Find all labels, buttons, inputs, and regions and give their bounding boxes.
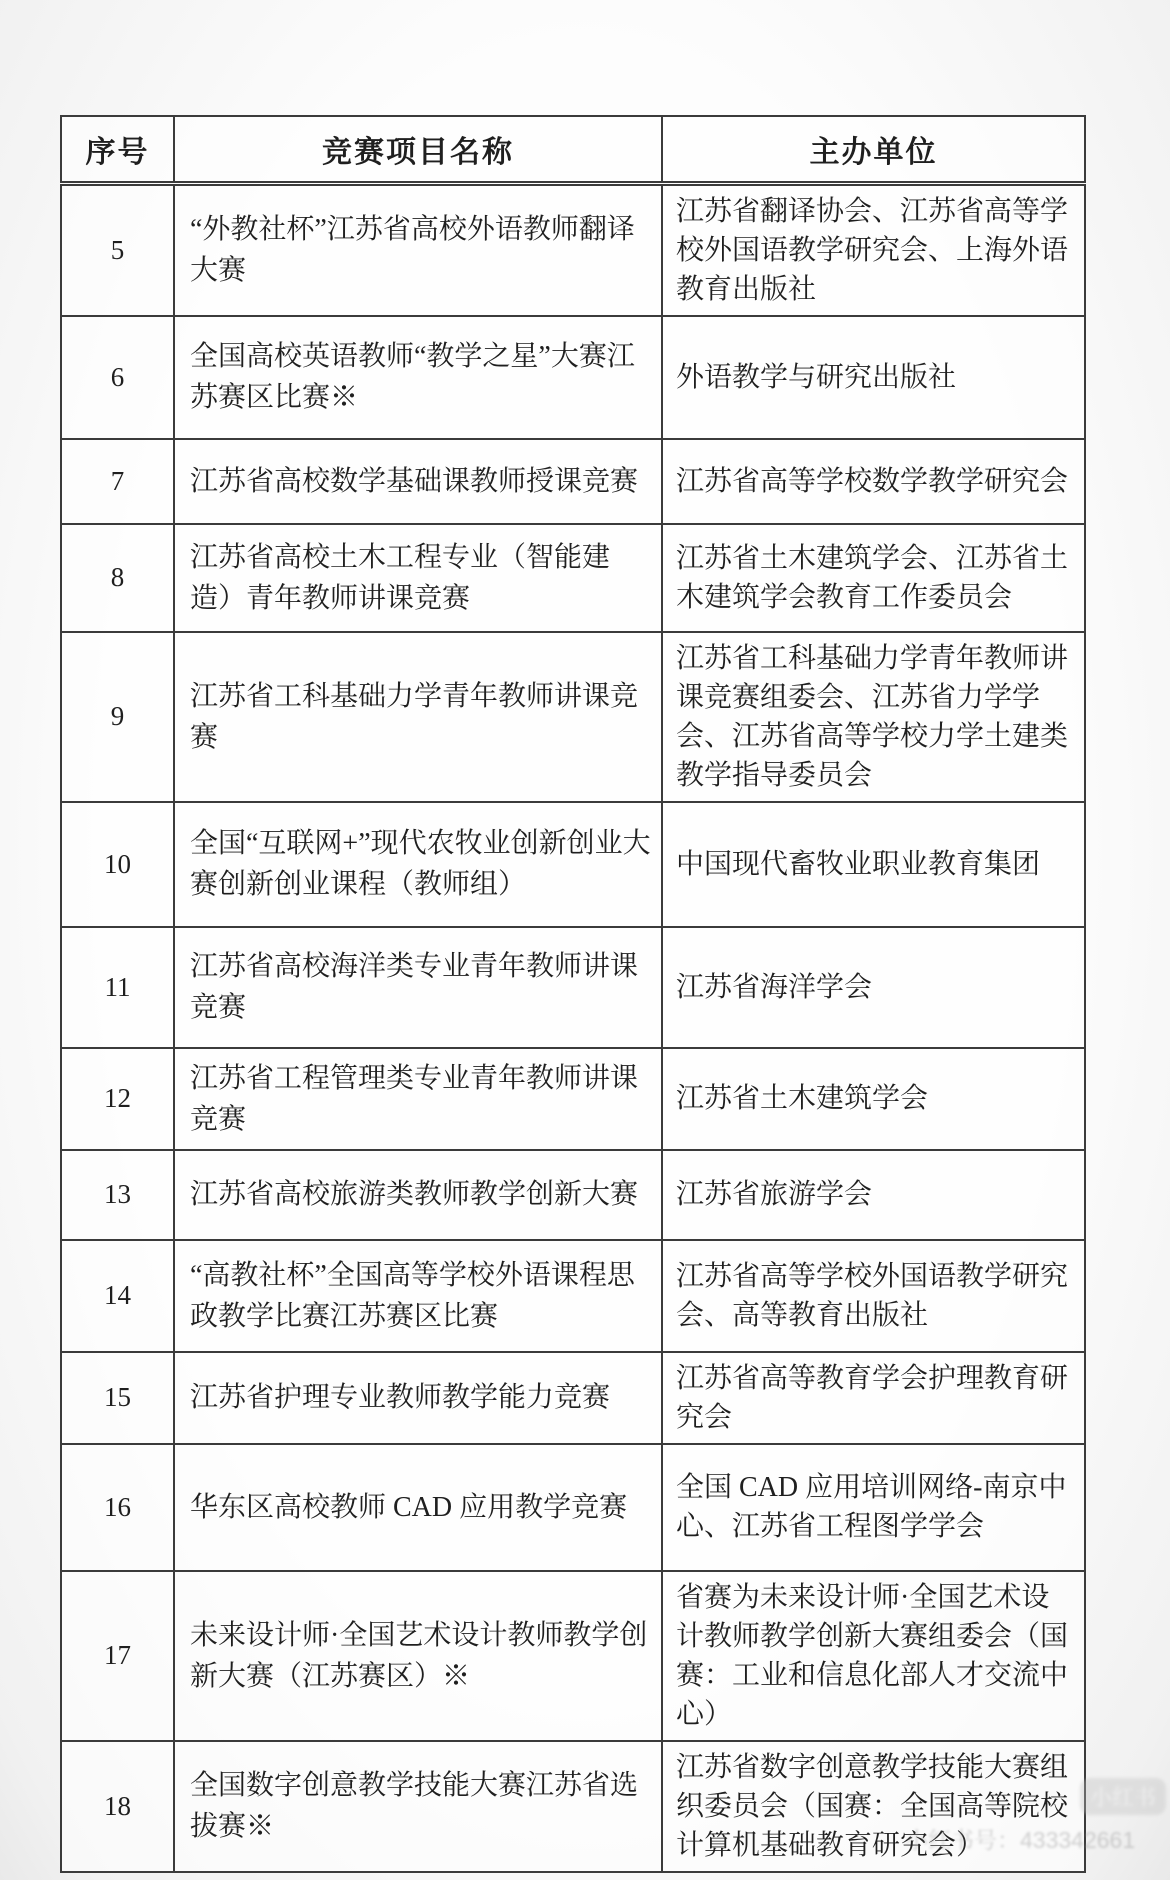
table-row: 8 江苏省高校土木工程专业（智能建造）青年教师讲课竞赛 江苏省土木建筑学会、江苏… <box>61 524 1085 632</box>
header-cell-number: 序号 <box>61 116 174 183</box>
project-name: 全国“互联网+”现代农牧业创新创业大赛创新创业课程（教师组） <box>174 802 662 927</box>
table-body: 5 “外教社杯”江苏省高校外语教师翻译大赛 江苏省翻译协会、江苏省高等学校外国语… <box>61 183 1085 1872</box>
competition-table: 序号 竞赛项目名称 主办单位 5 “外教社杯”江苏省高校外语教师翻译大赛 江苏省… <box>60 115 1086 1873</box>
table-row: 15 江苏省护理专业教师教学能力竞赛 江苏省高等教育学会护理教育研究会 <box>61 1352 1085 1444</box>
project-name: 江苏省高校土木工程专业（智能建造）青年教师讲课竞赛 <box>174 524 662 632</box>
table-row: 17 未来设计师·全国艺术设计教师教学创新大赛（江苏赛区）※ 省赛为未来设计师·… <box>61 1571 1085 1741</box>
row-number: 8 <box>61 524 174 632</box>
table-row: 16 华东区高校教师 CAD 应用教学竞赛 全国 CAD 应用培训网络-南京中心… <box>61 1444 1085 1571</box>
row-number: 18 <box>61 1741 174 1872</box>
organizer: 江苏省土木建筑学会 <box>662 1048 1085 1150</box>
organizer: 江苏省工科基础力学青年教师讲课竞赛组委会、江苏省力学学会、江苏省高等学校力学土建… <box>662 632 1085 802</box>
project-name: 江苏省高校旅游类教师教学创新大赛 <box>174 1150 662 1240</box>
table-header: 序号 竞赛项目名称 主办单位 <box>61 116 1085 183</box>
project-name: 全国数字创意教学技能大赛江苏省选拔赛※ <box>174 1741 662 1872</box>
table-row: 6 全国高校英语教师“教学之星”大赛江苏赛区比赛※ 外语教学与研究出版社 <box>61 316 1085 439</box>
organizer: 江苏省海洋学会 <box>662 927 1085 1048</box>
row-number: 13 <box>61 1150 174 1240</box>
project-name: 江苏省高校数学基础课教师授课竞赛 <box>174 439 662 524</box>
row-number: 16 <box>61 1444 174 1571</box>
project-name: “外教社杯”江苏省高校外语教师翻译大赛 <box>174 183 662 316</box>
project-name: 江苏省护理专业教师教学能力竞赛 <box>174 1352 662 1444</box>
row-number: 15 <box>61 1352 174 1444</box>
row-number: 6 <box>61 316 174 439</box>
table-row: 14 “高教社杯”全国高等学校外语课程思政教学比赛江苏赛区比赛 江苏省高等学校外… <box>61 1240 1085 1352</box>
project-name: “高教社杯”全国高等学校外语课程思政教学比赛江苏赛区比赛 <box>174 1240 662 1352</box>
project-name: 华东区高校教师 CAD 应用教学竞赛 <box>174 1444 662 1571</box>
row-number: 5 <box>61 183 174 316</box>
row-number: 14 <box>61 1240 174 1352</box>
table-row: 12 江苏省工程管理类专业青年教师讲课竞赛 江苏省土木建筑学会 <box>61 1048 1085 1150</box>
row-number: 11 <box>61 927 174 1048</box>
table-row: 11 江苏省高校海洋类专业青年教师讲课竞赛 江苏省海洋学会 <box>61 927 1085 1048</box>
organizer: 中国现代畜牧业职业教育集团 <box>662 802 1085 927</box>
table-row: 7 江苏省高校数学基础课教师授课竞赛 江苏省高等学校数学教学研究会 <box>61 439 1085 524</box>
organizer: 全国 CAD 应用培训网络-南京中心、江苏省工程图学学会 <box>662 1444 1085 1571</box>
project-name: 江苏省工程管理类专业青年教师讲课竞赛 <box>174 1048 662 1150</box>
header-cell-project-name: 竞赛项目名称 <box>174 116 662 183</box>
header-row: 序号 竞赛项目名称 主办单位 <box>61 116 1085 183</box>
project-name: 未来设计师·全国艺术设计教师教学创新大赛（江苏赛区）※ <box>174 1571 662 1741</box>
row-number: 10 <box>61 802 174 927</box>
table-row: 13 江苏省高校旅游类教师教学创新大赛 江苏省旅游学会 <box>61 1150 1085 1240</box>
organizer: 江苏省高等教育学会护理教育研究会 <box>662 1352 1085 1444</box>
project-name: 全国高校英语教师“教学之星”大赛江苏赛区比赛※ <box>174 316 662 439</box>
organizer: 外语教学与研究出版社 <box>662 316 1085 439</box>
table-row: 5 “外教社杯”江苏省高校外语教师翻译大赛 江苏省翻译协会、江苏省高等学校外国语… <box>61 183 1085 316</box>
organizer: 江苏省土木建筑学会、江苏省土木建筑学会教育工作委员会 <box>662 524 1085 632</box>
project-name: 江苏省工科基础力学青年教师讲课竞赛 <box>174 632 662 802</box>
table-row: 9 江苏省工科基础力学青年教师讲课竞赛 江苏省工科基础力学青年教师讲课竞赛组委会… <box>61 632 1085 802</box>
table-row: 10 全国“互联网+”现代农牧业创新创业大赛创新创业课程（教师组） 中国现代畜牧… <box>61 802 1085 927</box>
organizer: 江苏省翻译协会、江苏省高等学校外国语教学研究会、上海外语教育出版社 <box>662 183 1085 316</box>
organizer: 江苏省高等学校数学教学研究会 <box>662 439 1085 524</box>
xiaohongshu-watermark-logo: 小红书 <box>1080 1778 1166 1815</box>
row-number: 9 <box>61 632 174 802</box>
organizer: 江苏省旅游学会 <box>662 1150 1085 1240</box>
row-number: 17 <box>61 1571 174 1741</box>
project-name: 江苏省高校海洋类专业青年教师讲课竞赛 <box>174 927 662 1048</box>
row-number: 7 <box>61 439 174 524</box>
row-number: 12 <box>61 1048 174 1150</box>
watermark-id-text: 小红书号：433342661 <box>905 1822 1165 1855</box>
header-cell-organizer: 主办单位 <box>662 116 1085 183</box>
organizer: 省赛为未来设计师·全国艺术设计教师教学创新大赛组委会（国赛：工业和信息化部人才交… <box>662 1571 1085 1741</box>
organizer: 江苏省高等学校外国语教学研究会、高等教育出版社 <box>662 1240 1085 1352</box>
